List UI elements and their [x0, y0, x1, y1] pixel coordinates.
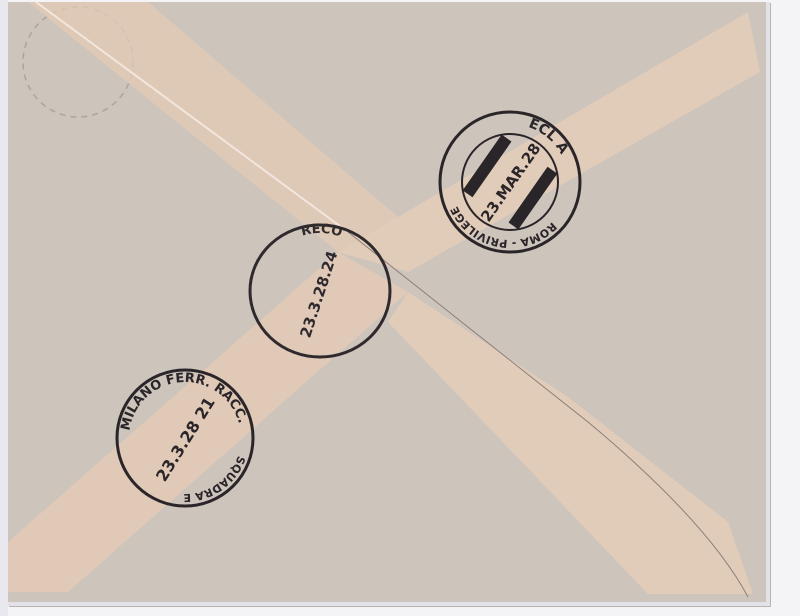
- center-postmark: RECO 23.3.28.24: [248, 222, 392, 360]
- center-ring-text: RECO: [300, 222, 344, 241]
- top-right-date: 23.MAR.28: [477, 140, 544, 225]
- milano-postmark: MILANO FERR. RACC. SQUADRA E 23.3.28 21: [114, 367, 256, 509]
- center-date: 23.3.28.24: [296, 249, 341, 340]
- top-right-postmark: ECL A ROMA - PRIVILEGE 23.MAR.28: [436, 108, 584, 256]
- milano-date: 23.3.28 21: [152, 394, 219, 485]
- svg-text:RECO: RECO: [300, 222, 344, 241]
- scan-background: [0, 0, 8, 616]
